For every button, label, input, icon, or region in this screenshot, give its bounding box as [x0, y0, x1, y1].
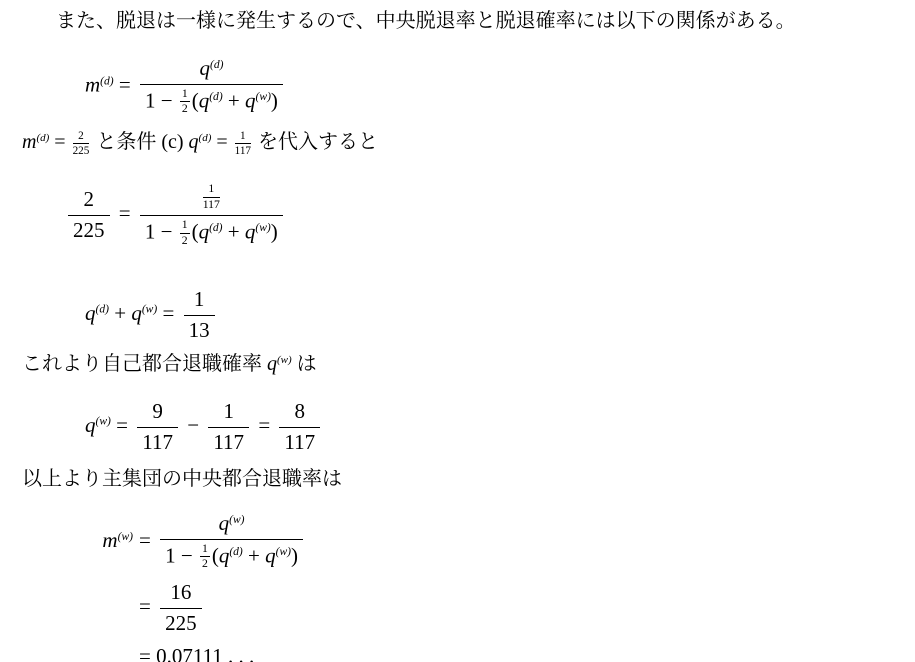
math-superscript: (d) — [96, 304, 109, 316]
math-text: = — [139, 594, 156, 618]
math-superscript: (w) — [96, 416, 111, 428]
math-variable: q — [131, 301, 142, 325]
math-variable: m — [22, 131, 36, 153]
math-variable: q — [245, 219, 256, 243]
math-variable: q — [189, 131, 199, 153]
math-text: 117 — [284, 430, 315, 454]
numerator: 1 — [184, 287, 215, 316]
denominator: 117 — [208, 428, 249, 456]
math-superscript: (w) — [229, 514, 244, 526]
numerator: 9 — [137, 399, 178, 428]
fraction: 2225 — [68, 187, 110, 243]
numerator: 8 — [279, 399, 320, 428]
math-text: ) — [271, 219, 278, 243]
math-text: = — [211, 131, 232, 153]
math-text: = — [111, 413, 133, 437]
math-text: + — [223, 219, 245, 243]
fraction: 9117 — [137, 399, 178, 455]
numerator: 1 — [203, 183, 220, 198]
fraction: 8117 — [279, 399, 320, 455]
math-text: = — [114, 73, 136, 97]
math-variable: q — [199, 88, 210, 112]
denominator: 1 − 12(q(d) + q(w)) — [140, 85, 283, 118]
paragraph-substitution: m(d) = 2225 と条件 (c) q(d) = 1117 を代入すると — [22, 129, 378, 157]
math-text: 2 — [84, 187, 95, 211]
math-text: 225 — [165, 611, 197, 635]
math-text: これより自己都合退職確率 — [22, 353, 267, 375]
math-superscript: (d) — [209, 91, 222, 103]
math-text: 1 — [194, 287, 205, 311]
math-text: 225 — [73, 218, 105, 242]
fraction: q(d)1 − 12(q(d) + q(w)) — [140, 56, 283, 117]
formula-sum-of-probabilities: q(d) + q(w) = 113 — [85, 287, 219, 343]
numerator: 1 — [180, 88, 190, 103]
numerator: 1 — [208, 399, 249, 428]
denominator: 1 − 12(q(d) + q(w)) — [140, 216, 283, 249]
numerator: q(d) — [140, 56, 283, 85]
math-text: = — [139, 528, 156, 552]
math-variable: q — [267, 353, 277, 375]
math-superscript: (w) — [256, 91, 271, 103]
math-variable: q — [199, 219, 210, 243]
denominator: 225 — [68, 216, 110, 244]
math-variable: m — [102, 528, 117, 552]
math-variable: m — [85, 73, 100, 97]
numerator: 1 — [180, 219, 190, 234]
numerator: 1 — [200, 543, 210, 558]
math-text: を代入すると — [253, 131, 378, 153]
math-superscript: (d) — [199, 132, 212, 144]
math-text: 1 − — [145, 88, 178, 112]
equation-rhs: = q(w)1 − 12(q(d) + q(w)) — [139, 528, 307, 552]
math-text: = — [157, 301, 179, 325]
math-text: = — [114, 201, 136, 225]
equation-row-2: = 16225 — [88, 580, 307, 636]
small-fraction: 1117 — [203, 183, 220, 212]
denominator: 117 — [279, 428, 320, 456]
math-text: = — [253, 413, 275, 437]
math-text: 1 − — [165, 543, 198, 567]
numerator: q(w) — [160, 511, 303, 540]
math-superscript: (d) — [100, 75, 113, 87]
math-text: ( — [192, 219, 199, 243]
math-text: と条件 (c) — [91, 131, 188, 153]
math-superscript: (w) — [255, 222, 270, 234]
math-text: 9 — [152, 399, 163, 423]
math-superscript: (w) — [276, 546, 291, 558]
math-text: 117 — [213, 430, 244, 454]
denominator: 2 — [180, 102, 190, 116]
denominator: 1 − 12(q(d) + q(w)) — [160, 540, 303, 573]
denominator: 2 — [180, 234, 190, 248]
fraction: q(w)1 − 12(q(d) + q(w)) — [160, 511, 303, 572]
math-text: 1 − — [145, 219, 178, 243]
equation-rhs: = 16225 — [139, 594, 206, 618]
equation-lhs: m(w) — [88, 528, 133, 553]
equation-row-1: m(w)= q(w)1 − 12(q(d) + q(w)) — [88, 511, 307, 572]
equation-rhs: = 0.07111 . . . — [139, 644, 254, 662]
document-page: また、脱退は一様に発生するので、中央脱退率と脱退確率には以下の関係がある。 m(… — [0, 0, 915, 662]
denominator: 117 — [137, 428, 178, 456]
math-variable: q — [219, 511, 230, 535]
math-superscript: (d) — [210, 59, 223, 71]
fraction: 1117 — [208, 399, 249, 455]
numerator: 2 — [73, 130, 90, 144]
math-text: ) — [291, 543, 298, 567]
small-fraction: 12 — [180, 88, 190, 117]
fraction: 11171 − 12(q(d) + q(w)) — [140, 182, 283, 249]
math-text: は — [292, 353, 317, 375]
small-fraction: 12 — [200, 543, 210, 572]
denominator: 117 — [203, 198, 220, 212]
math-text: = 0.07111 . . . — [139, 644, 254, 662]
small-fraction: 1117 — [235, 130, 251, 158]
math-text: = — [49, 131, 70, 153]
math-superscript: (w) — [118, 530, 133, 542]
small-fraction: 2225 — [73, 130, 90, 158]
math-text: 1 — [223, 399, 234, 423]
math-text: ( — [192, 88, 199, 112]
math-variable: q — [265, 543, 276, 567]
math-superscript: (d) — [36, 132, 49, 144]
numerator: 1 — [235, 130, 251, 144]
math-variable: q — [85, 301, 96, 325]
denominator: 117 — [235, 144, 251, 157]
math-variable: q — [85, 413, 96, 437]
math-text: 8 — [295, 399, 306, 423]
denominator: 13 — [184, 316, 215, 344]
math-superscript: (d) — [229, 546, 242, 558]
math-variable: q — [219, 543, 230, 567]
math-text: + — [223, 88, 245, 112]
fraction: 16225 — [160, 580, 202, 636]
math-text: + — [243, 543, 265, 567]
paragraph-qw-intro: これより自己都合退職確率 q(w) は — [22, 351, 317, 378]
math-text: 13 — [189, 318, 210, 342]
small-fraction: 12 — [180, 219, 190, 248]
math-superscript: (w) — [142, 304, 157, 316]
math-text: 117 — [142, 430, 173, 454]
math-text: ) — [271, 88, 278, 112]
fraction: 113 — [184, 287, 215, 343]
math-text: + — [109, 301, 131, 325]
math-variable: q — [245, 88, 256, 112]
math-text: − — [182, 413, 204, 437]
numerator: 1117 — [140, 182, 283, 216]
formula-qw-calculation: q(w) = 9117 − 1117 = 8117 — [85, 399, 324, 455]
denominator: 2 — [200, 557, 210, 571]
formula-central-rate-relation: m(d) = q(d)1 − 12(q(d) + q(w)) — [85, 56, 287, 117]
denominator: 225 — [160, 609, 202, 637]
formula-substituted-equation: 2225 = 11171 − 12(q(d) + q(w)) — [64, 182, 287, 249]
math-text: 16 — [170, 580, 191, 604]
math-text: ( — [212, 543, 219, 567]
paragraph-mw-intro: 以上より主集団の中央都合退職率は — [22, 466, 342, 493]
numerator: 16 — [160, 580, 202, 609]
denominator: 225 — [73, 144, 90, 157]
math-superscript: (d) — [209, 222, 222, 234]
equation-row-3: = 0.07111 . . . — [88, 644, 307, 662]
math-superscript: (w) — [277, 354, 292, 366]
formula-mw-calculation: m(w)= q(w)1 − 12(q(d) + q(w)) = 16225 = … — [88, 511, 307, 662]
paragraph-intro: また、脱退は一様に発生するので、中央脱退率と脱退確率には以下の関係がある。 — [56, 8, 796, 35]
numerator: 2 — [68, 187, 110, 216]
math-variable: q — [199, 56, 210, 80]
